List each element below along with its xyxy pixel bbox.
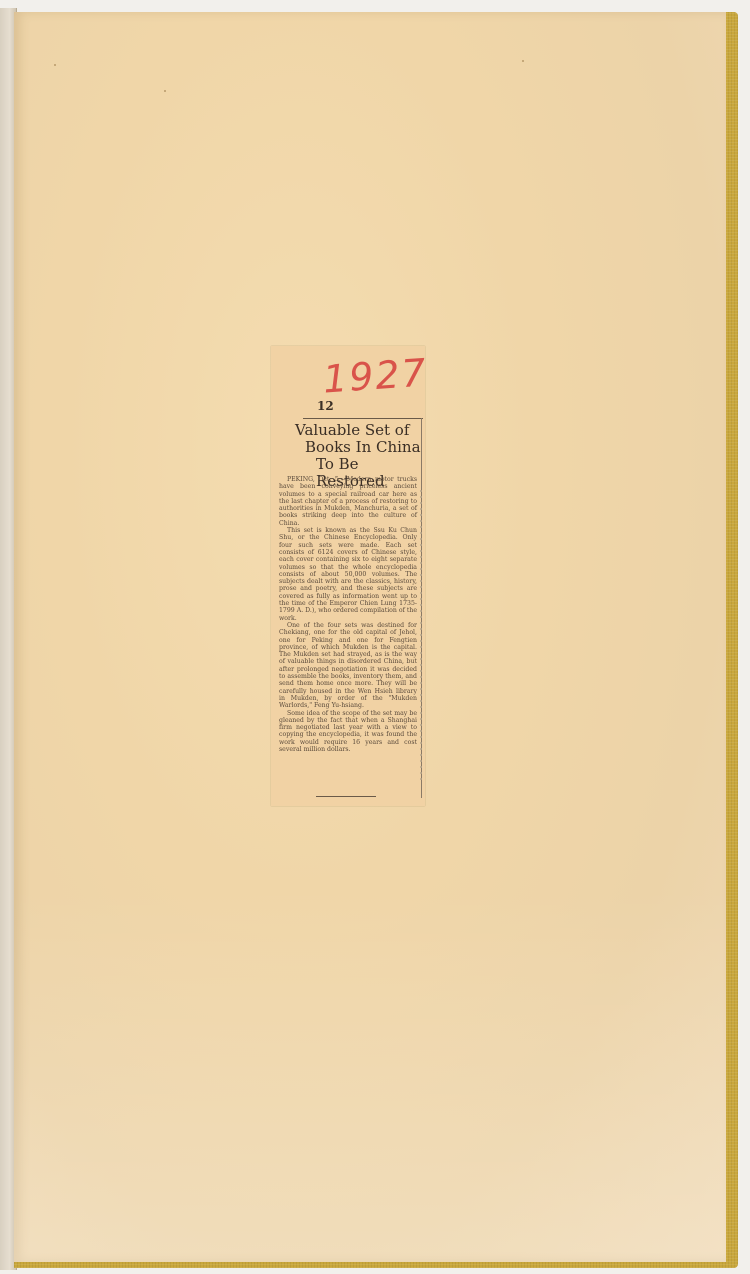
end-rule bbox=[316, 796, 376, 797]
article-paragraph: Some idea of the scope of the set may be… bbox=[279, 710, 417, 754]
newspaper-clipping: 1927 12 Valuable Set of Books In China T… bbox=[271, 346, 425, 806]
adjacent-column-residue bbox=[420, 490, 422, 780]
paper-speck bbox=[522, 60, 524, 62]
paper-speck bbox=[54, 64, 56, 66]
article-paragraph: PEKING, Oct. 5.—Modern motor trucks have… bbox=[279, 476, 417, 527]
handwritten-year: 1927 bbox=[322, 350, 430, 401]
headline-line-2: Books In China bbox=[295, 439, 421, 456]
article-paragraph: This set is known as the Ssu Ku Chun Shu… bbox=[279, 527, 417, 622]
article-paragraph: One of the four sets was destined for Ch… bbox=[279, 622, 417, 710]
page-number: 12 bbox=[317, 399, 334, 413]
paper-speck bbox=[164, 90, 166, 92]
headline-line-1: Valuable Set of bbox=[295, 422, 421, 439]
column-rule bbox=[303, 418, 423, 419]
article-body: PEKING, Oct. 5.—Modern motor trucks have… bbox=[279, 476, 417, 753]
